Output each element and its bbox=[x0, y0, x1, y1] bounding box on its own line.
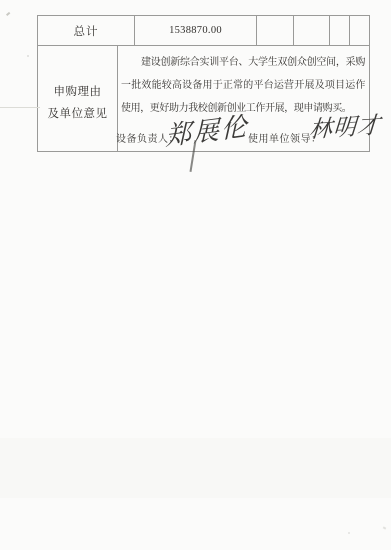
reason-label-cell: 申购理由 及单位意见 bbox=[38, 46, 118, 151]
scanned-form-page: 总计 1538870.00 申购理由 及单位意见 建设创新综合实训平台、大学生双… bbox=[0, 0, 391, 550]
total-amount: 1538870.00 bbox=[169, 25, 222, 36]
total-label: 总计 bbox=[74, 23, 99, 39]
procurement-form-table: 总计 1538870.00 申购理由 及单位意见 建设创新综合实训平台、大学生双… bbox=[37, 15, 370, 152]
total-label-cell: 总计 bbox=[38, 16, 135, 45]
total-row: 总计 1538870.00 bbox=[38, 16, 369, 46]
scan-speck bbox=[383, 526, 387, 529]
scan-speck bbox=[6, 12, 10, 16]
empty-cell-1 bbox=[257, 16, 294, 45]
scan-speck bbox=[27, 55, 29, 57]
paragraph-line-1: 建设创新综合实训平台、大学生双创众创空间，采购 bbox=[121, 51, 365, 74]
scan-shading-band bbox=[0, 438, 391, 498]
empty-cell-4 bbox=[350, 16, 369, 45]
unit-leader-signature: 林明才 bbox=[308, 114, 381, 142]
scan-artifact-line bbox=[0, 107, 40, 108]
reason-content-cell: 建设创新综合实训平台、大学生双创众创空间，采购 一批效能较高设备用于正常的平台运… bbox=[118, 46, 369, 151]
total-amount-cell: 1538870.00 bbox=[135, 16, 257, 45]
reason-row: 申购理由 及单位意见 建设创新综合实训平台、大学生双创众创空间，采购 一批效能较… bbox=[38, 46, 369, 151]
empty-cell-3 bbox=[330, 16, 350, 45]
reason-label-line-2: 及单位意见 bbox=[48, 103, 108, 125]
empty-cell-2 bbox=[294, 16, 330, 45]
reason-paragraph: 建设创新综合实训平台、大学生双创众创空间，采购 一批效能较高设备用于正常的平台运… bbox=[121, 51, 365, 120]
reason-label-line-1: 申购理由 bbox=[54, 81, 102, 103]
paragraph-line-2: 一批效能较高设备用于正常的平台运营开展及项目运作 bbox=[121, 74, 365, 97]
scan-speck bbox=[348, 532, 350, 534]
